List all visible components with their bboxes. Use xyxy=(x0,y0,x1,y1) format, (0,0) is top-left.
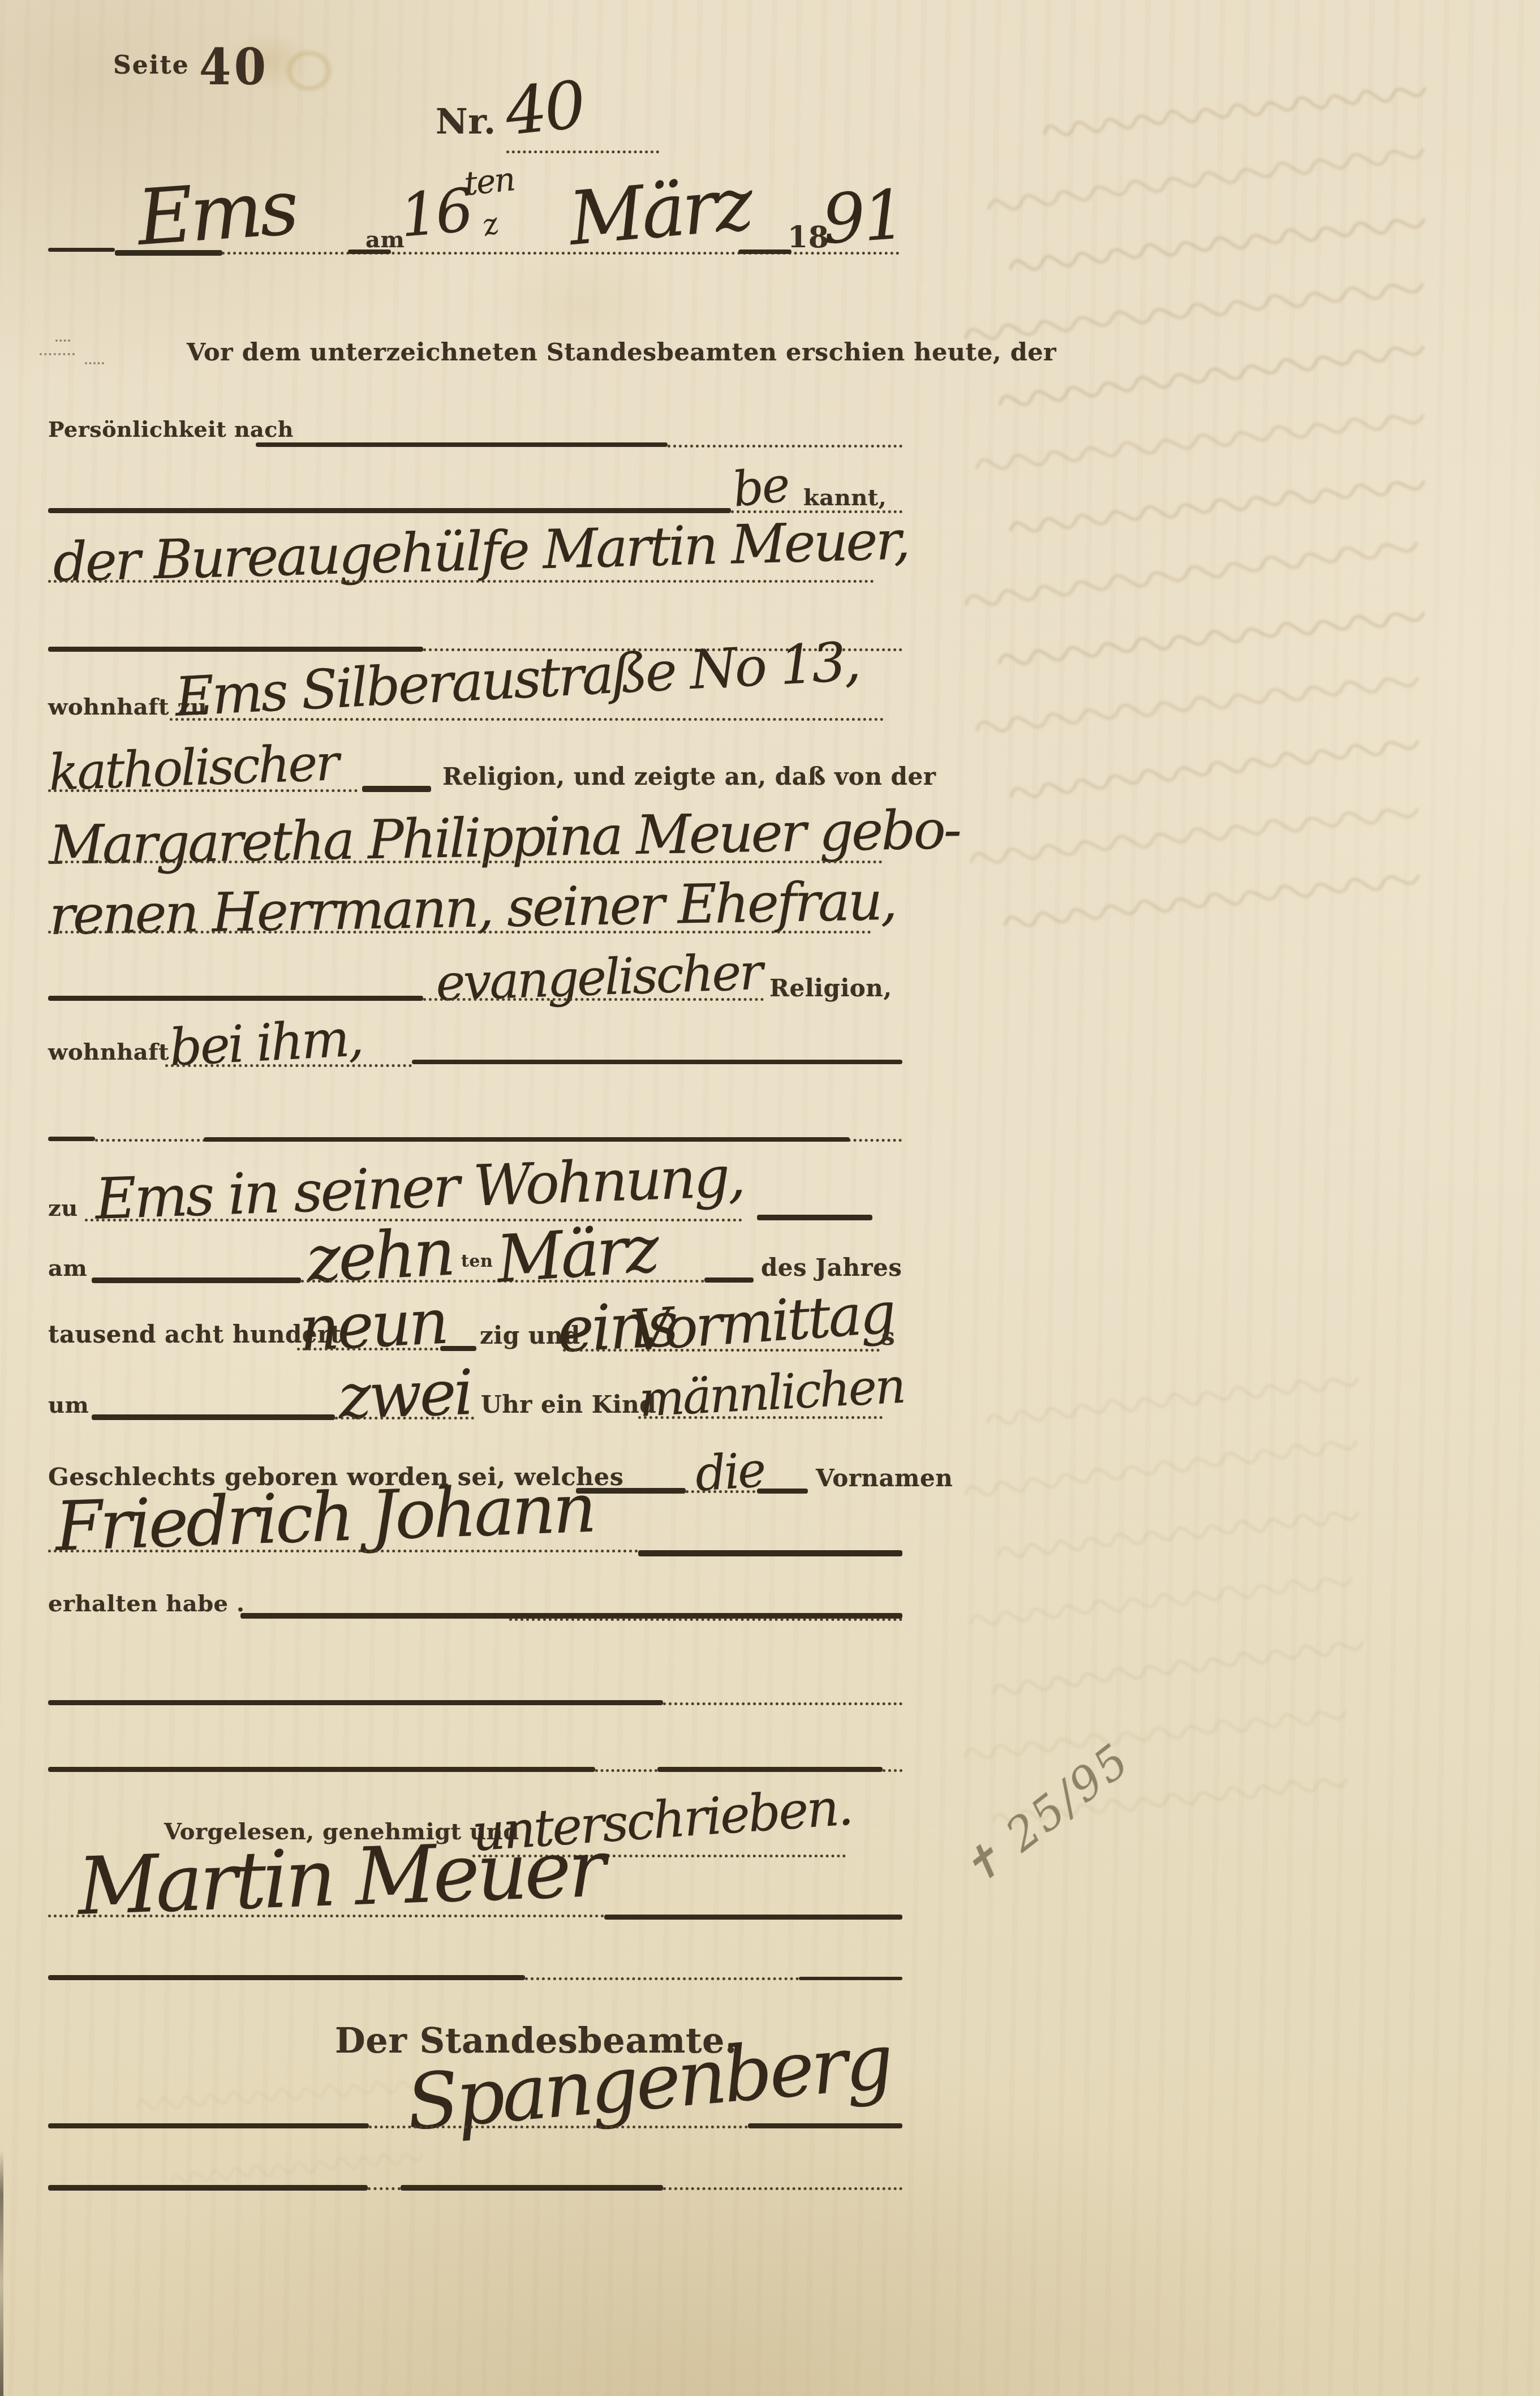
rule-dotted xyxy=(297,1348,438,1350)
rule-dotted xyxy=(368,2187,401,2190)
des-jahres-label: des Jahres xyxy=(761,1256,902,1280)
dateline-year: 91 xyxy=(820,181,906,255)
religion-anzeige-label: Religion, und zeigte an, daß von der xyxy=(442,765,936,789)
rule-dotted xyxy=(165,1064,412,1067)
dateline-day-suffix: ten xyxy=(463,162,516,200)
rule-dotted xyxy=(48,789,358,792)
rule-solid xyxy=(92,1277,301,1283)
rule-dotted xyxy=(48,861,883,863)
rule-dotted xyxy=(509,1618,902,1621)
rule-solid xyxy=(48,508,731,513)
ghost-script-line xyxy=(135,2061,431,2126)
rule-solid xyxy=(204,1137,850,1142)
seite-label: Seite xyxy=(113,53,190,78)
erhalten-habe-label: erhalten habe . xyxy=(48,1593,244,1615)
ink-speck xyxy=(55,339,70,342)
rule-dotted xyxy=(48,580,874,583)
rule-solid xyxy=(92,1414,335,1420)
rule-solid xyxy=(48,1137,95,1141)
persoenlichkeit-label: Persönlichkeit nach xyxy=(48,419,294,440)
rule-solid xyxy=(48,2123,369,2128)
ink-speck xyxy=(40,353,75,355)
am-label: am xyxy=(48,1257,87,1280)
rule-dotted xyxy=(506,150,659,153)
declarant-signature: Martin Meuer xyxy=(76,1830,604,1927)
rule-solid xyxy=(48,248,115,252)
rule-dotted xyxy=(48,931,871,934)
rule-dotted xyxy=(883,1769,902,1772)
uhr-kind-label: Uhr ein Kind xyxy=(481,1393,656,1417)
paper-stain xyxy=(282,46,336,95)
rule-solid xyxy=(604,1915,902,1920)
daytime-s-label: s xyxy=(881,1325,895,1349)
dateline-day-flourish: z xyxy=(479,209,500,241)
rule-dotted xyxy=(525,1977,799,1980)
rule-solid xyxy=(412,1060,902,1064)
rule-dotted xyxy=(668,445,902,448)
rule-solid xyxy=(704,1277,754,1283)
rule-solid xyxy=(48,1975,525,1980)
rule-dotted xyxy=(686,1490,755,1493)
um-label: um xyxy=(48,1394,89,1417)
rule-solid xyxy=(256,442,668,447)
rule-solid xyxy=(738,250,791,254)
rule-solid xyxy=(48,647,423,652)
rule-solid xyxy=(757,1489,808,1494)
rule-solid xyxy=(657,1767,883,1772)
child-sex: männlichen xyxy=(638,1362,905,1424)
rule-solid xyxy=(757,1215,872,1220)
vornamen-label: Vornamen xyxy=(816,1466,953,1490)
page-number: 40 xyxy=(199,42,269,92)
rule-dotted xyxy=(48,1915,604,1917)
rule-dotted xyxy=(335,1417,474,1419)
rule-solid xyxy=(440,1346,476,1351)
zu-label: zu xyxy=(48,1197,78,1220)
rule-solid xyxy=(638,1550,902,1556)
rule-solid xyxy=(48,1700,663,1705)
rule-solid xyxy=(362,786,431,792)
rule-dotted xyxy=(595,1769,657,1772)
religion-label-2: Religion, xyxy=(769,977,892,1000)
ink-speck xyxy=(85,362,104,364)
rule-dotted xyxy=(170,718,884,721)
dateline-am-label: am xyxy=(365,229,405,251)
rule-dotted xyxy=(563,1349,880,1352)
rule-dotted xyxy=(663,2187,902,2190)
rule-solid xyxy=(401,2185,663,2191)
birth-month: März xyxy=(494,1217,659,1293)
known-handwritten: be xyxy=(730,461,790,514)
ten-label: ten xyxy=(461,1253,493,1270)
binding-edge xyxy=(0,2150,3,2396)
rule-dotted xyxy=(48,1550,638,1552)
rule-dotted xyxy=(663,1702,902,1705)
rule-solid xyxy=(48,2185,368,2191)
declarant-line: der Bureaugehülfe Martin Meuer, xyxy=(53,514,909,590)
register-page: Seite 40 Nr. 40 Ems am 16 ten z März 18 … xyxy=(0,0,1540,2396)
dateline-day: 16 xyxy=(398,180,474,246)
child-given-names: Friedrich Johann xyxy=(54,1475,595,1562)
rule-solid xyxy=(48,996,423,1001)
rule-solid xyxy=(48,1767,595,1772)
intro-line: Vor dem unterzeichneten Standesbeamten e… xyxy=(187,341,1056,365)
wohnhaft-label-2: wohnhaft xyxy=(48,1041,169,1064)
known-printed: kannt, xyxy=(803,487,887,509)
year-hundreds-label: tausend acht hundert xyxy=(48,1323,342,1347)
rule-dotted xyxy=(423,998,764,1001)
rule-solid xyxy=(799,1977,902,1980)
rule-dotted xyxy=(638,1416,883,1419)
dateline-place: Ems xyxy=(135,169,298,256)
dateline-month: März xyxy=(566,167,754,256)
rule-dotted xyxy=(369,2126,748,2128)
record-no-label: Nr. xyxy=(436,104,496,139)
record-no-value: 40 xyxy=(502,72,586,145)
rule-solid xyxy=(748,2123,902,2128)
